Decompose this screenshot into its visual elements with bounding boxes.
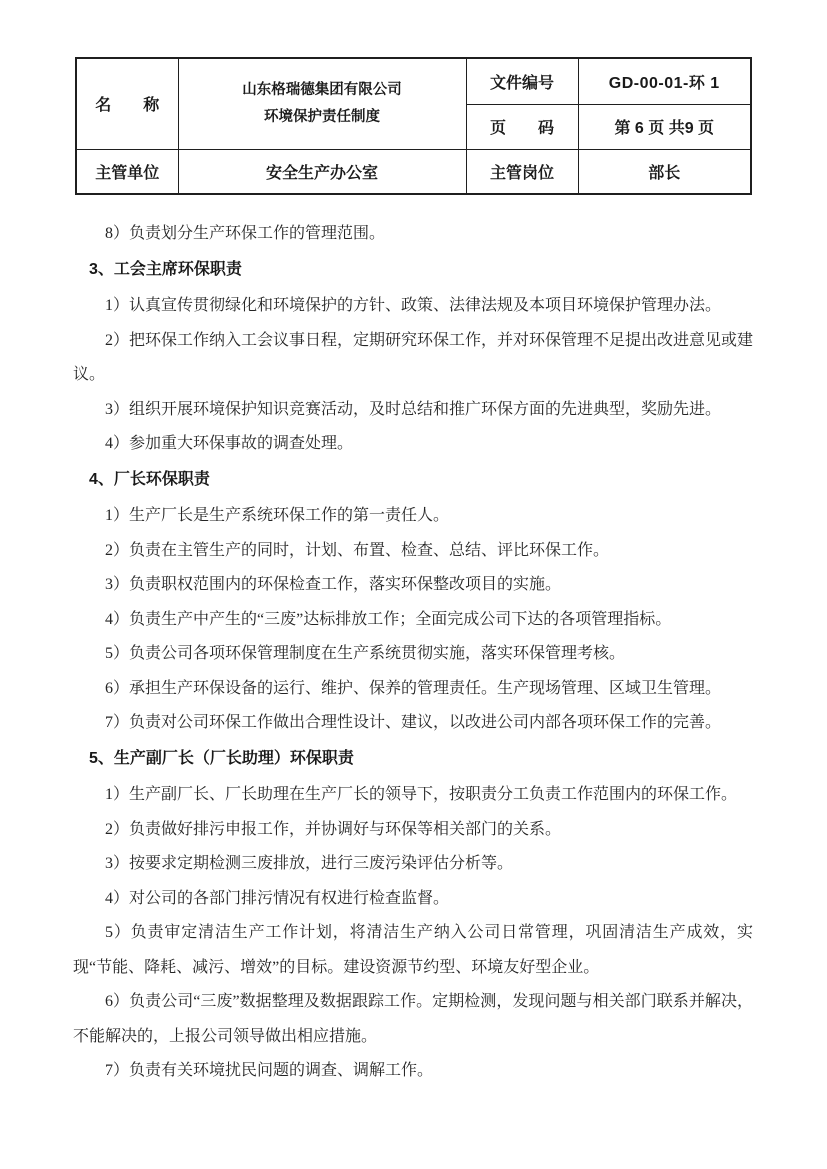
paragraph: 4）负责生产中产生的“三废”达标排放工作；全面完成公司下达的各项管理指标。 [73,603,753,638]
page-value-cell: 第 6 页 共9 页 [578,104,751,149]
doc-number-value-cell: GD-00-01-环 1 [578,58,751,104]
paragraph: 3）负责职权范围内的环保检查工作，落实环保整改项目的实施。 [73,568,753,603]
unit-label-cell: 主管单位 [76,149,178,194]
paragraph: 1）生产厂长是生产系统环保工作的第一责任人。 [73,499,753,534]
doc-number-label-cell: 文件编号 [466,58,578,104]
position-label-cell: 主管岗位 [466,149,578,194]
document-title-cell: 山东格瑞德集团有限公司 环境保护责任制度 [178,58,466,149]
paragraph: 4）参加重大环保事故的调查处理。 [73,427,753,462]
company-name: 山东格瑞德集团有限公司 [181,77,464,104]
document-body: 8）负责划分生产环保工作的管理范围。 3、工会主席环保职责 1）认真宣传贯彻绿化… [73,217,753,1089]
unit-value-cell: 安全生产办公室 [178,149,466,194]
paragraph: 2）负责做好排污申报工作，并协调好与环保等相关部门的关系。 [73,813,753,848]
paragraph: 8）负责划分生产环保工作的管理范围。 [73,217,753,252]
document-page: { "header_table": { "name_label": "名 称",… [0,0,827,1169]
paragraph: 4）对公司的各部门排污情况有权进行检查监督。 [73,882,753,917]
page-label-cell: 页 码 [466,104,578,149]
paragraph: 1）认真宣传贯彻绿化和环境保护的方针、政策、法律法规及本项目环境保护管理办法。 [73,289,753,324]
paragraph: 3）按要求定期检测三废排放，进行三废污染评估分析等。 [73,847,753,882]
document-title: 环境保护责任制度 [181,104,464,131]
section-heading: 5、生产副厂长（厂长助理）环保职责 [73,742,753,777]
section-heading: 4、厂长环保职责 [73,463,753,498]
paragraph: 3）组织开展环境保护知识竞赛活动，及时总结和推广环保方面的先进典型，奖励先进。 [73,393,753,428]
paragraph: 1）生产副厂长、厂长助理在生产厂长的领导下，按职责分工负责工作范围内的环保工作。 [73,778,753,813]
paragraph: 7）负责对公司环保工作做出合理性设计、建议，以改进公司内部各项环保工作的完善。 [73,706,753,741]
paragraph: 7）负责有关环境扰民问题的调查、调解工作。 [73,1054,753,1089]
paragraph: 2）负责在主管生产的同时，计划、布置、检查、总结、评比环保工作。 [73,534,753,569]
name-label-cell: 名 称 [76,58,178,149]
paragraph: 6）负责公司“三废”数据整理及数据跟踪工作。定期检测，发现问题与相关部门联系并解… [73,985,753,1054]
paragraph: 2）把环保工作纳入工会议事日程，定期研究环保工作，并对环保管理不足提出改进意见或… [73,324,753,393]
paragraph: 5）负责公司各项环保管理制度在生产系统贯彻实施，落实环保管理考核。 [73,637,753,672]
section-heading: 3、工会主席环保职责 [73,253,753,288]
header-table: 名 称 山东格瑞德集团有限公司 环境保护责任制度 文件编号 GD-00-01-环… [75,57,752,195]
paragraph: 5）负责审定清洁生产工作计划，将清洁生产纳入公司日常管理，巩固清洁生产成效，实现… [73,916,753,985]
paragraph: 6）承担生产环保设备的运行、维护、保养的管理责任。生产现场管理、区域卫生管理。 [73,672,753,707]
position-value-cell: 部长 [578,149,751,194]
